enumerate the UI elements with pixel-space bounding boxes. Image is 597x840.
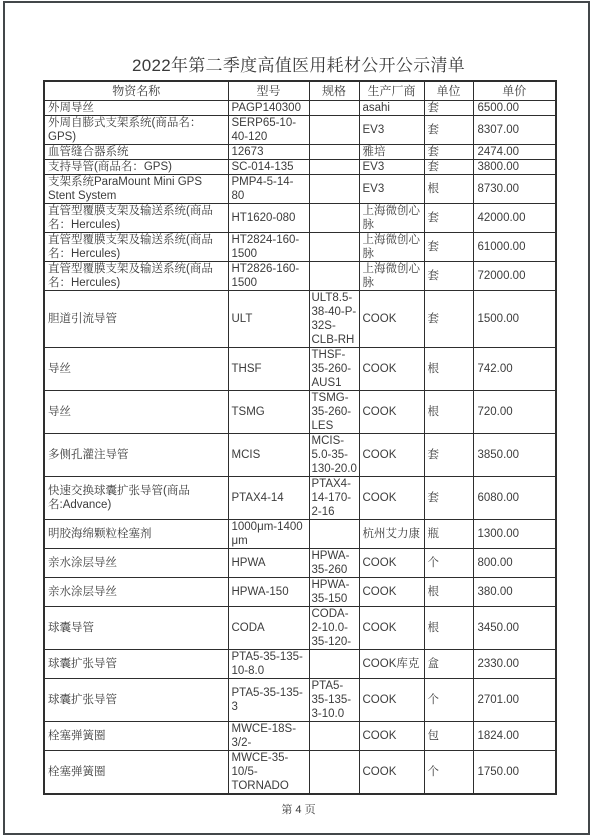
cell-unit: 套 [424,204,473,233]
cell-name: 直管型覆膜支架及输送系统(商品名：Hercules) [44,204,228,233]
cell-spec [309,722,359,751]
table-row: 栓塞弹簧圈MWCE-35-10/5-TORNADOCOOK个1750.00 [44,751,556,795]
cell-name: 多侧孔灌注导管 [44,434,228,477]
cell-model: MWCE-18S-3/2- [228,722,309,751]
cell-name: 亲水涂层导丝 [44,549,228,578]
cell-name: 外周导丝 [44,101,228,116]
cell-model: HT2824-160-1500 [228,233,309,262]
table-row: 亲水涂层导丝HPWAHPWA-35-260COOK个800.00 [44,549,556,578]
cell-name: 球囊扩张导管 [44,679,228,722]
cell-model: MWCE-35-10/5-TORNADO [228,751,309,795]
table-row: 球囊扩张导管PTA5-35-135-3PTA5-35-135-3-10.0COO… [44,679,556,722]
cell-price: 72000.00 [473,262,556,291]
cell-unit: 套 [424,477,473,520]
table-row: 直管型覆膜支架及输送系统(商品名：Hercules)HT2824-160-150… [44,233,556,262]
cell-spec [309,262,359,291]
cell-manufacturer: asahi [359,101,424,116]
cell-model: MCIS [228,434,309,477]
cell-model: PTAX4-14 [228,477,309,520]
cell-unit: 个 [424,751,473,795]
cell-name: 直管型覆膜支架及输送系统(商品名：Hercules) [44,262,228,291]
cell-price: 720.00 [473,391,556,434]
table-row: 外周自膨式支架系统(商品名：GPS)SERP65-10-40-120EV3套83… [44,116,556,145]
cell-unit: 套 [424,233,473,262]
cell-spec [309,204,359,233]
cell-price: 8730.00 [473,175,556,204]
table-row: 明胶海绵颗粒栓塞剂1000μm-1400 μm杭州艾力康瓶1300.00 [44,520,556,549]
cell-manufacturer: COOK [359,722,424,751]
column-header-spec: 规格 [309,81,359,101]
cell-price: 2701.00 [473,679,556,722]
cell-model: PMP4-5-14-80 [228,175,309,204]
cell-spec [309,101,359,116]
cell-unit: 根 [424,348,473,391]
cell-model: ULT [228,291,309,348]
cell-manufacturer: COOK [359,477,424,520]
cell-manufacturer: EV3 [359,160,424,175]
cell-price: 2474.00 [473,145,556,160]
cell-spec: PTA5-35-135-3-10.0 [309,679,359,722]
table-row: 直管型覆膜支架及输送系统(商品名：Hercules)HT1620-080上海微创… [44,204,556,233]
cell-unit: 包 [424,722,473,751]
cell-name: 球囊导管 [44,607,228,650]
cell-unit: 根 [424,578,473,607]
cell-manufacturer: COOK [359,578,424,607]
cell-spec [309,160,359,175]
cell-price: 61000.00 [473,233,556,262]
page-number: 第 4 页 [0,801,597,817]
cell-name: 明胶海绵颗粒栓塞剂 [44,520,228,549]
cell-name: 胆道引流导管 [44,291,228,348]
cell-manufacturer: 上海微创心脉 [359,204,424,233]
cell-model: 12673 [228,145,309,160]
cell-manufacturer: COOK [359,607,424,650]
cell-spec [309,520,359,549]
cell-spec [309,650,359,679]
table-row: 支持导管(商品名：GPS)SC-014-135EV3套3800.00 [44,160,556,175]
table-row: 栓塞弹簧圈MWCE-18S-3/2-COOK包1824.00 [44,722,556,751]
table-row: 直管型覆膜支架及输送系统(商品名：Hercules)HT2826-160-150… [44,262,556,291]
table-row: 血管缝合器系统12673雅培套2474.00 [44,145,556,160]
cell-unit: 套 [424,145,473,160]
cell-name: 栓塞弹簧圈 [44,751,228,795]
cell-model: CODA [228,607,309,650]
page-title: 2022年第二季度高值医用耗材公开公示清单 [0,51,597,76]
cell-unit: 套 [424,116,473,145]
table-row: 球囊导管CODACODA-2-10.0-35-120-COOK根3450.00 [44,607,556,650]
cell-name: 导丝 [44,391,228,434]
cell-price: 8307.00 [473,116,556,145]
cell-spec [309,233,359,262]
cell-price: 3450.00 [473,607,556,650]
cell-unit: 盒 [424,650,473,679]
cell-spec [309,751,359,795]
cell-manufacturer: COOK [359,391,424,434]
cell-price: 742.00 [473,348,556,391]
cell-model: HPWA-150 [228,578,309,607]
cell-manufacturer: 上海微创心脉 [359,262,424,291]
cell-manufacturer: 上海微创心脉 [359,233,424,262]
cell-manufacturer: COOK [359,291,424,348]
cell-model: THSF [228,348,309,391]
cell-spec: MCIS-5.0-35-130-20.0 [309,434,359,477]
cell-spec [309,145,359,160]
cell-manufacturer: COOK库克 [359,650,424,679]
cell-spec: HPWA-35-150 [309,578,359,607]
cell-spec: THSF-35-260-AUS1 [309,348,359,391]
cell-manufacturer: 杭州艾力康 [359,520,424,549]
cell-spec: ULT8.5-38-40-P-32S-CLB-RH [309,291,359,348]
cell-manufacturer: COOK [359,434,424,477]
table-row: 胆道引流导管ULTULT8.5-38-40-P-32S-CLB-RHCOOK套1… [44,291,556,348]
column-header-unit: 单位 [424,81,473,101]
table-row: 支架系统ParaMount Mini GPS Stent SystemPMP4-… [44,175,556,204]
cell-name: 支架系统ParaMount Mini GPS Stent System [44,175,228,204]
cell-name: 球囊扩张导管 [44,650,228,679]
table-row: 多侧孔灌注导管MCISMCIS-5.0-35-130-20.0COOK套3850… [44,434,556,477]
cell-manufacturer: COOK [359,549,424,578]
cell-model: PAGP140300 [228,101,309,116]
table-header-row: 物资名称 型号 规格 生产厂商 单位 单价 [44,81,556,101]
cell-unit: 瓶 [424,520,473,549]
cell-spec: TSMG-35-260-LES [309,391,359,434]
table-row: 外周导丝PAGP140300asahi套6500.00 [44,101,556,116]
column-header-unit-price: 单价 [473,81,556,101]
cell-name: 支持导管(商品名：GPS) [44,160,228,175]
cell-unit: 根 [424,607,473,650]
cell-name: 直管型覆膜支架及输送系统(商品名：Hercules) [44,233,228,262]
cell-manufacturer: COOK [359,348,424,391]
table-row: 导丝TSMGTSMG-35-260-LESCOOK根720.00 [44,391,556,434]
table-row: 导丝THSFTHSF-35-260-AUS1COOK根742.00 [44,348,556,391]
cell-model: TSMG [228,391,309,434]
cell-model: HT1620-080 [228,204,309,233]
cell-name: 外周自膨式支架系统(商品名：GPS) [44,116,228,145]
cell-price: 800.00 [473,549,556,578]
cell-price: 1750.00 [473,751,556,795]
cell-price: 6080.00 [473,477,556,520]
table-row: 快速交换球囊扩张导管(商品名:Advance)PTAX4-14PTAX4-14-… [44,477,556,520]
cell-price: 6500.00 [473,101,556,116]
cell-spec: CODA-2-10.0-35-120- [309,607,359,650]
cell-model: PTA5-35-135-10-8.0 [228,650,309,679]
cell-model: HT2826-160-1500 [228,262,309,291]
cell-model: 1000μm-1400 μm [228,520,309,549]
cell-price: 3850.00 [473,434,556,477]
cell-name: 亲水涂层导丝 [44,578,228,607]
table-row: 球囊扩张导管PTA5-35-135-10-8.0COOK库克盒2330.00 [44,650,556,679]
cell-spec [309,116,359,145]
cell-spec: PTAX4-14-170-2-16 [309,477,359,520]
cell-name: 血管缝合器系统 [44,145,228,160]
cell-unit: 个 [424,549,473,578]
column-header-material-name: 物资名称 [44,81,228,101]
cell-price: 42000.00 [473,204,556,233]
cell-spec [309,175,359,204]
cell-manufacturer: EV3 [359,116,424,145]
cell-model: PTA5-35-135-3 [228,679,309,722]
cell-name: 导丝 [44,348,228,391]
cell-manufacturer: EV3 [359,175,424,204]
cell-manufacturer: COOK [359,751,424,795]
cell-price: 380.00 [473,578,556,607]
cell-price: 2330.00 [473,650,556,679]
cell-price: 1824.00 [473,722,556,751]
cell-unit: 根 [424,391,473,434]
cell-price: 1300.00 [473,520,556,549]
cell-name: 快速交换球囊扩张导管(商品名:Advance) [44,477,228,520]
cell-manufacturer: 雅培 [359,145,424,160]
cell-unit: 套 [424,291,473,348]
cell-price: 1500.00 [473,291,556,348]
cell-unit: 套 [424,101,473,116]
cell-unit: 套 [424,262,473,291]
column-header-manufacturer: 生产厂商 [359,81,424,101]
cell-manufacturer: COOK [359,679,424,722]
cell-unit: 套 [424,434,473,477]
cell-model: SERP65-10-40-120 [228,116,309,145]
cell-price: 3800.00 [473,160,556,175]
cell-model: SC-014-135 [228,160,309,175]
cell-spec: HPWA-35-260 [309,549,359,578]
cell-name: 栓塞弹簧圈 [44,722,228,751]
table-body: 外周导丝PAGP140300asahi套6500.00外周自膨式支架系统(商品名… [44,101,556,795]
cell-unit: 根 [424,175,473,204]
column-header-model: 型号 [228,81,309,101]
cell-unit: 套 [424,160,473,175]
cell-unit: 个 [424,679,473,722]
table-row: 亲水涂层导丝HPWA-150HPWA-35-150COOK根380.00 [44,578,556,607]
cell-model: HPWA [228,549,309,578]
consumables-table: 物资名称 型号 规格 生产厂商 单位 单价 外周导丝PAGP140300asah… [43,80,557,795]
